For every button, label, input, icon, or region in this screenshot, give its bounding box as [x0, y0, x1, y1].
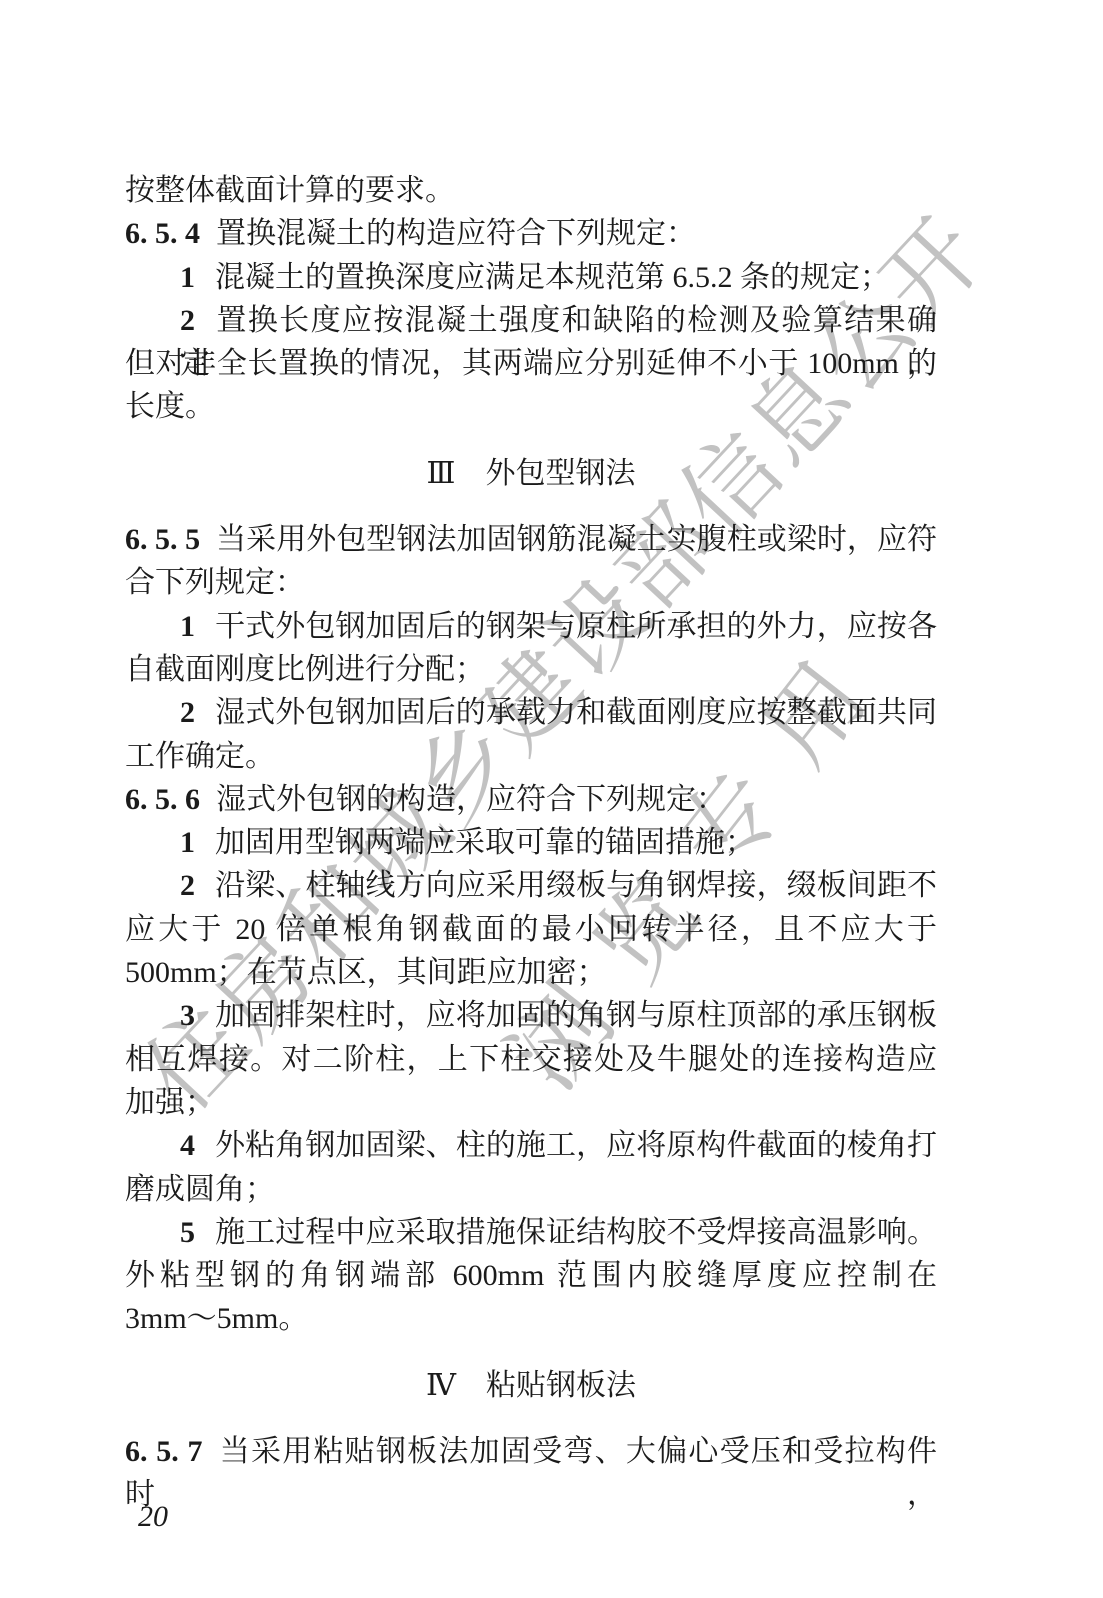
text-line: 按整体截面计算的要求。: [125, 169, 937, 212]
text-line: 2湿式外包钢加固后的承载力和截面刚度应按整截面共同: [125, 691, 937, 734]
text-line: 6. 5. 5当采用外包型钢法加固钢筋混凝土实腹柱或梁时，应符: [125, 518, 937, 561]
item-number: 1: [180, 826, 195, 859]
text-line: 合下列规定：: [125, 561, 937, 604]
text-line: 磨成圆角；: [125, 1168, 937, 1211]
text-line: 外粘型钢的角钢端部 600mm 范围内胶缝厚度应控制在: [125, 1254, 937, 1297]
text-line: 6. 5. 4置换混凝土的构造应符合下列规定：: [125, 212, 937, 255]
line-text: 500mm；在节点区，其间距应加密；: [125, 956, 607, 989]
text-line: 5施工过程中应采取措施保证结构胶不受焊接高温影响。: [125, 1211, 937, 1254]
line-text: 但对非全长置换的情况，其两端应分别延伸不小于 100mm 的: [125, 347, 937, 380]
line-text: 置换混凝土的构造应符合下列规定：: [216, 217, 696, 250]
line-text: 干式外包钢加固后的钢架与原柱所承担的外力，应按各: [215, 610, 937, 643]
line-text: 混凝土的置换深度应满足本规范第 6.5.2 条的规定；: [215, 261, 890, 294]
item-number: 3: [180, 999, 195, 1032]
line-text: 沿梁、柱轴线方向应采用缀板与角钢焊接，缀板间距不: [215, 869, 937, 902]
line-text: 加固排架柱时，应将加固的角钢与原柱顶部的承压钢板: [215, 999, 937, 1032]
text-line: 6. 5. 7当采用粘贴钢板法加固受弯、大偏心受压和受拉构件时，: [125, 1430, 937, 1473]
item-number: 2: [180, 696, 195, 729]
line-text: 外粘型钢的角钢端部 600mm 范围内胶缝厚度应控制在: [125, 1259, 937, 1292]
line-text: 工作确定。: [125, 740, 275, 773]
item-number: 2: [180, 869, 195, 902]
text-line: 长度。: [125, 385, 937, 428]
text-line: 2置换长度应按混凝土强度和缺陷的检测及验算结果确定，: [125, 299, 937, 342]
text-line: 1加固用型钢两端应采取可靠的锚固措施；: [125, 821, 937, 864]
text-line: 1干式外包钢加固后的钢架与原柱所承担的外力，应按各: [125, 605, 937, 648]
document-page: 住房和城乡建设部信息公开 浏览专用 按整体截面计算的要求。6. 5. 4置换混凝…: [0, 0, 1103, 1598]
line-text: 磨成圆角；: [125, 1173, 275, 1206]
text-line: 3mm～5mm。: [125, 1297, 937, 1340]
text-line: 1混凝土的置换深度应满足本规范第 6.5.2 条的规定；: [125, 256, 937, 299]
text-line: 应大于 20 倍单根角钢截面的最小回转半径，且不应大于: [125, 908, 937, 951]
line-text: 粘贴钢板法: [486, 1369, 636, 1402]
text-line: 3加固排架柱时，应将加固的角钢与原柱顶部的承压钢板: [125, 994, 937, 1037]
line-text: 当采用外包型钢法加固钢筋混凝土实腹柱或梁时，应符: [216, 523, 937, 556]
item-number: 5: [180, 1216, 195, 1249]
section-numeral: Ⅳ: [426, 1369, 456, 1402]
line-text: 当采用粘贴钢板法加固受弯、大偏心受压和受拉构件时，: [125, 1435, 937, 1511]
text-line: 工作确定。: [125, 735, 937, 778]
section-numeral: Ⅲ: [427, 457, 456, 490]
line-text: 加强；: [125, 1086, 215, 1119]
page-number: 20: [138, 1495, 168, 1538]
text-line: 但对非全长置换的情况，其两端应分别延伸不小于 100mm 的: [125, 342, 937, 385]
line-text: 应大于 20 倍单根角钢截面的最小回转半径，且不应大于: [125, 913, 937, 946]
item-number: 2: [180, 304, 195, 337]
clause-number: 6. 5. 7: [125, 1435, 202, 1468]
clause-number: 6. 5. 5: [125, 523, 200, 556]
text-line: 加强；: [125, 1081, 937, 1124]
line-text: 湿式外包钢加固后的承载力和截面刚度应按整截面共同: [215, 696, 937, 729]
item-number: 1: [180, 261, 195, 294]
item-number: 4: [180, 1129, 195, 1162]
line-text: 外粘角钢加固梁、柱的施工，应将原构件截面的棱角打: [215, 1129, 937, 1162]
line-text: 湿式外包钢的构造，应符合下列规定：: [216, 783, 726, 816]
line-text: 施工过程中应采取措施保证结构胶不受焊接高温影响。: [215, 1216, 937, 1249]
line-text: 自截面刚度比例进行分配；: [125, 653, 485, 686]
line-text: 相互焊接。对二阶柱，上下柱交接处及牛腿处的连接构造应: [125, 1043, 937, 1076]
line-text: 3mm～5mm。: [125, 1302, 308, 1335]
line-text: 长度。: [125, 390, 215, 423]
section-heading: Ⅳ粘贴钢板法: [125, 1364, 937, 1407]
section-heading: Ⅲ外包型钢法: [125, 452, 937, 495]
text-line: 6. 5. 6湿式外包钢的构造，应符合下列规定：: [125, 778, 937, 821]
line-text: 按整体截面计算的要求。: [125, 174, 455, 207]
clause-number: 6. 5. 4: [125, 217, 200, 250]
text-line: 2沿梁、柱轴线方向应采用缀板与角钢焊接，缀板间距不: [125, 864, 937, 907]
clause-number: 6. 5. 6: [125, 783, 200, 816]
text-line: 相互焊接。对二阶柱，上下柱交接处及牛腿处的连接构造应: [125, 1038, 937, 1081]
document-body: 按整体截面计算的要求。6. 5. 4置换混凝土的构造应符合下列规定：1混凝土的置…: [125, 169, 937, 1473]
line-text: 加固用型钢两端应采取可靠的锚固措施；: [215, 826, 755, 859]
text-line: 4外粘角钢加固梁、柱的施工，应将原构件截面的棱角打: [125, 1124, 937, 1167]
line-text: 外包型钢法: [485, 457, 635, 490]
line-text: 合下列规定：: [125, 566, 305, 599]
text-line: 500mm；在节点区，其间距应加密；: [125, 951, 937, 994]
text-line: 自截面刚度比例进行分配；: [125, 648, 937, 691]
item-number: 1: [180, 610, 195, 643]
